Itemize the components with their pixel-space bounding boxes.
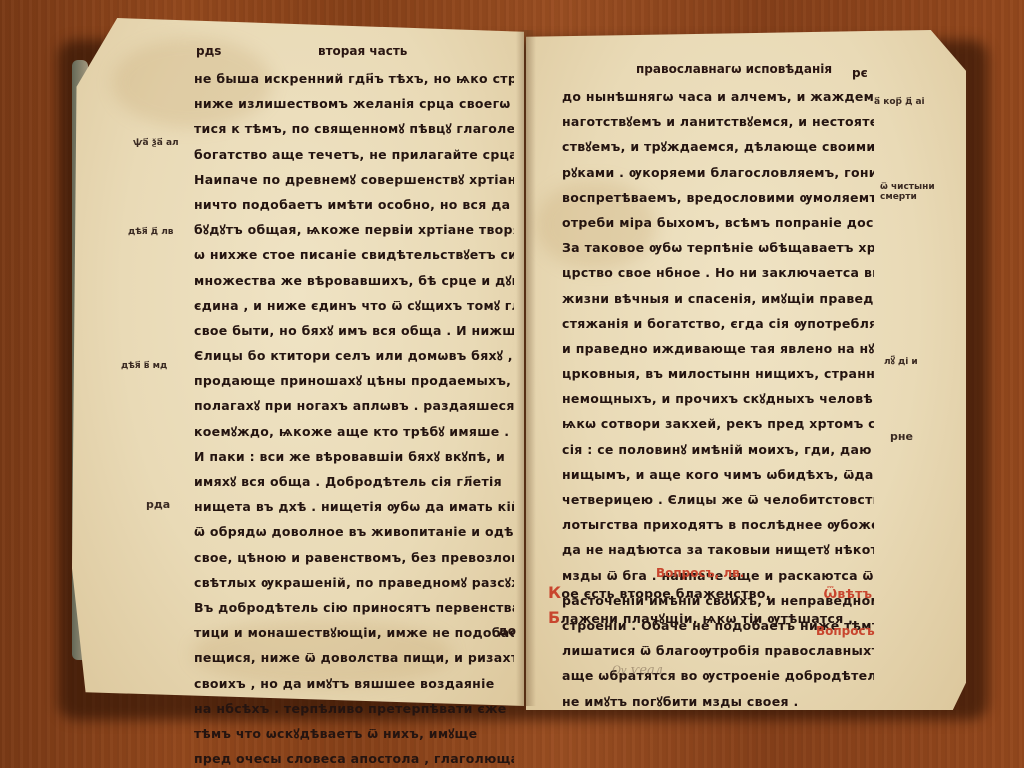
text-line: не быша искренний гдн҃ъ тѣхъ, но ѩко стр… [194, 66, 514, 91]
text-line: ниже излишествомъ желанія срца своегѡ но… [194, 91, 514, 116]
text-line: рꙋками . ѹкоряеми благословляемъ, гоними [562, 160, 874, 185]
text-line: четверицею . Єлицы же ѿ челобитстовства … [562, 487, 874, 512]
rubric-heading: Вопросъ, лв. [656, 566, 744, 580]
margin-note: лꙋ҃ ді и [884, 354, 918, 367]
text-line: коемꙋждо, ѩкоже аще кто трѣбꙋ имяше . [194, 419, 514, 444]
text-line: тици и монашествꙋющіи, имже не подобаетъ [194, 620, 514, 645]
text-line: ѿ обрядѡ доволное въ живопитаніе и одѣян… [194, 519, 514, 544]
text-line: не имꙋтъ погꙋбити мзды своея . [562, 689, 874, 714]
text-line: стяжанія и богатство, єгда сія ѹпотребля… [562, 311, 874, 336]
left-page-text: не быша искренний гдн҃ъ тѣхъ, но ѩко стр… [194, 66, 514, 768]
text-line: богатство аще течетъ, не прилагайте срца… [194, 142, 514, 167]
text-line: немощныхъ, и прочихъ скꙋдныхъ человѣкѡвъ… [562, 386, 874, 411]
text-line: црство свое нбное . Но ни заключаетса вн… [562, 260, 874, 285]
text-line: ѩкω сотвори закхей, рекъ пред хртомъ сло… [562, 411, 874, 436]
text-line: множества же вѣровавшихъ, бѣ срце и дꙋша [194, 268, 514, 293]
text-line: до нынѣшнягѡ часа и алчемъ, и жаждемъ, и [562, 84, 874, 109]
text-line: продающе приношахꙋ цѣны продаемыхъ, и [194, 368, 514, 393]
text-line: и праведно иждивающе тая явлено на нꙋжды [562, 336, 874, 361]
text-line: црковныя, въ милостынн нищихъ, странныхъ [562, 361, 874, 386]
right-catchword: Вопросъ [816, 624, 875, 638]
text-line: пред очесы словеса апостола , глаголющаг… [194, 746, 514, 768]
qa-text: лажени плачꙋщіи, ѩкω тіи ѹтѣшатся . [561, 611, 854, 626]
left-catchword: до [498, 624, 516, 638]
text-line: бꙋдꙋтъ общая, ѩкоже первіи хртіане творя… [194, 217, 514, 242]
text-line: отреби міра быхомъ, всѣмъ попраніе досел… [562, 210, 874, 235]
margin-note: а҃ кор҃ д҃ аі [874, 97, 925, 107]
margin-note: ѿ чистыни смерти [880, 182, 950, 202]
question-answer-block: Кое єсть второе блаженство, Ѿвѣтъ Блажен… [548, 580, 878, 630]
margin-note: дѣя҃ в҃ мд [121, 361, 167, 371]
text-line: имяхꙋ вся обща . Добродѣтель сія гл҃етія [194, 469, 514, 494]
text-line: Єлицы бо ктитори селъ или домѡвъ бяхꙋ , [194, 343, 514, 368]
text-line: лишатися ѿ благоѹтробія православныхъ, и [562, 638, 874, 663]
red-initial: К [548, 583, 561, 602]
text-line: да не надѣютса за таковыи нищетꙋ нѣкотор… [562, 537, 874, 562]
text-line: тися к тѣмъ, по священномꙋ пѣвцꙋ глаголе… [194, 116, 514, 141]
left-running-header: вторая часть [318, 44, 407, 58]
qa-text: ое єсть второе блаженство, [561, 586, 770, 601]
text-line: єдина , и ниже єдинъ что ѿ сꙋщихъ томꙋ г… [194, 293, 514, 318]
text-line: ничто подобаетъ имѣти особно, но вся да [194, 192, 514, 217]
text-line: За таковое ѹбѡ терпѣніе ѡбѣщаваетъ хртос… [562, 235, 874, 260]
text-line: на нбсѣхъ . терпѣливо претерпѣвати єже [194, 696, 514, 721]
text-line: полагахꙋ при ногахъ аплѡвъ . раздаяшеся … [194, 393, 514, 418]
text-line: лотыгства приходятъ в послѣднее ѹбожеств… [562, 512, 874, 537]
text-line: своихъ , но да имꙋтъ вяшшее воздаяніе [194, 671, 514, 696]
qa-line: Кое єсть второе блаженство, Ѿвѣтъ [548, 580, 878, 605]
answer-label: Ѿвѣтъ [823, 586, 872, 601]
text-line: И паки : вси же вѣровавшіи бяхꙋ вкꙋпѣ, и [194, 444, 514, 469]
text-line: сія : се половинꙋ имѣній моихъ, гди, даю [562, 437, 874, 462]
margin-note-red: рне [890, 430, 913, 443]
text-line: воспретѣваемъ, вредословими ѹмоляемъ . ѩ… [562, 185, 874, 210]
right-page-number: рє [852, 66, 868, 80]
margin-note-red: рда [146, 498, 170, 511]
text-line: аще ѡбратятся во ѹстроеніе добродѣтели, [562, 663, 874, 688]
text-line: нищымъ, и аще кого чимъ ѡбидѣхъ, ѿдаю [562, 462, 874, 487]
margin-note: ѱа҃ ѯа҃ ал [133, 138, 179, 148]
red-initial: Б [548, 608, 561, 627]
text-line: наготствꙋемъ и ланитствꙋемся, и нестояте… [562, 109, 874, 134]
right-running-header: православнагѡ исповѣданія [636, 62, 832, 76]
text-line: жизни вѣчныя и спасенія, имꙋщіи праведно [562, 286, 874, 311]
text-line: свѣтлых ѹкрашеній, по праведномꙋ разсꙋжд… [194, 570, 514, 595]
text-line: нищета въ дхѣ . нищетія ѹбѡ да имать кій… [194, 494, 514, 519]
text-line: тѣмъ что ѡскꙋдѣваетъ ѿ нихъ, имꙋще [194, 721, 514, 746]
margin-note: дѣя҃ д҃ лв [128, 227, 174, 237]
left-page-number: рдѕ [196, 44, 221, 58]
pencil-annotation: Ѹ ѵеал [612, 662, 663, 678]
text-line: Наипаче по древнемꙋ совершенствꙋ хртіанъ… [194, 167, 514, 192]
text-line: пещися, ниже ѿ доволства пищи, и ризахъ [194, 645, 514, 670]
book-gutter [516, 30, 536, 706]
text-line: свое, цѣною и равенствомъ, без превозлог… [194, 545, 514, 570]
text-line: ѡ нихже стое писаніе свидѣтельствꙋетъ си… [194, 242, 514, 267]
text-line: свое быти, но бяхꙋ имъ вся обща . И нижш… [194, 318, 514, 343]
text-line: ствꙋемъ, и трꙋждаемся, дѣлающе своими [562, 134, 874, 159]
text-line: Въ добродѣтель сію приносятъ первенства … [194, 595, 514, 620]
